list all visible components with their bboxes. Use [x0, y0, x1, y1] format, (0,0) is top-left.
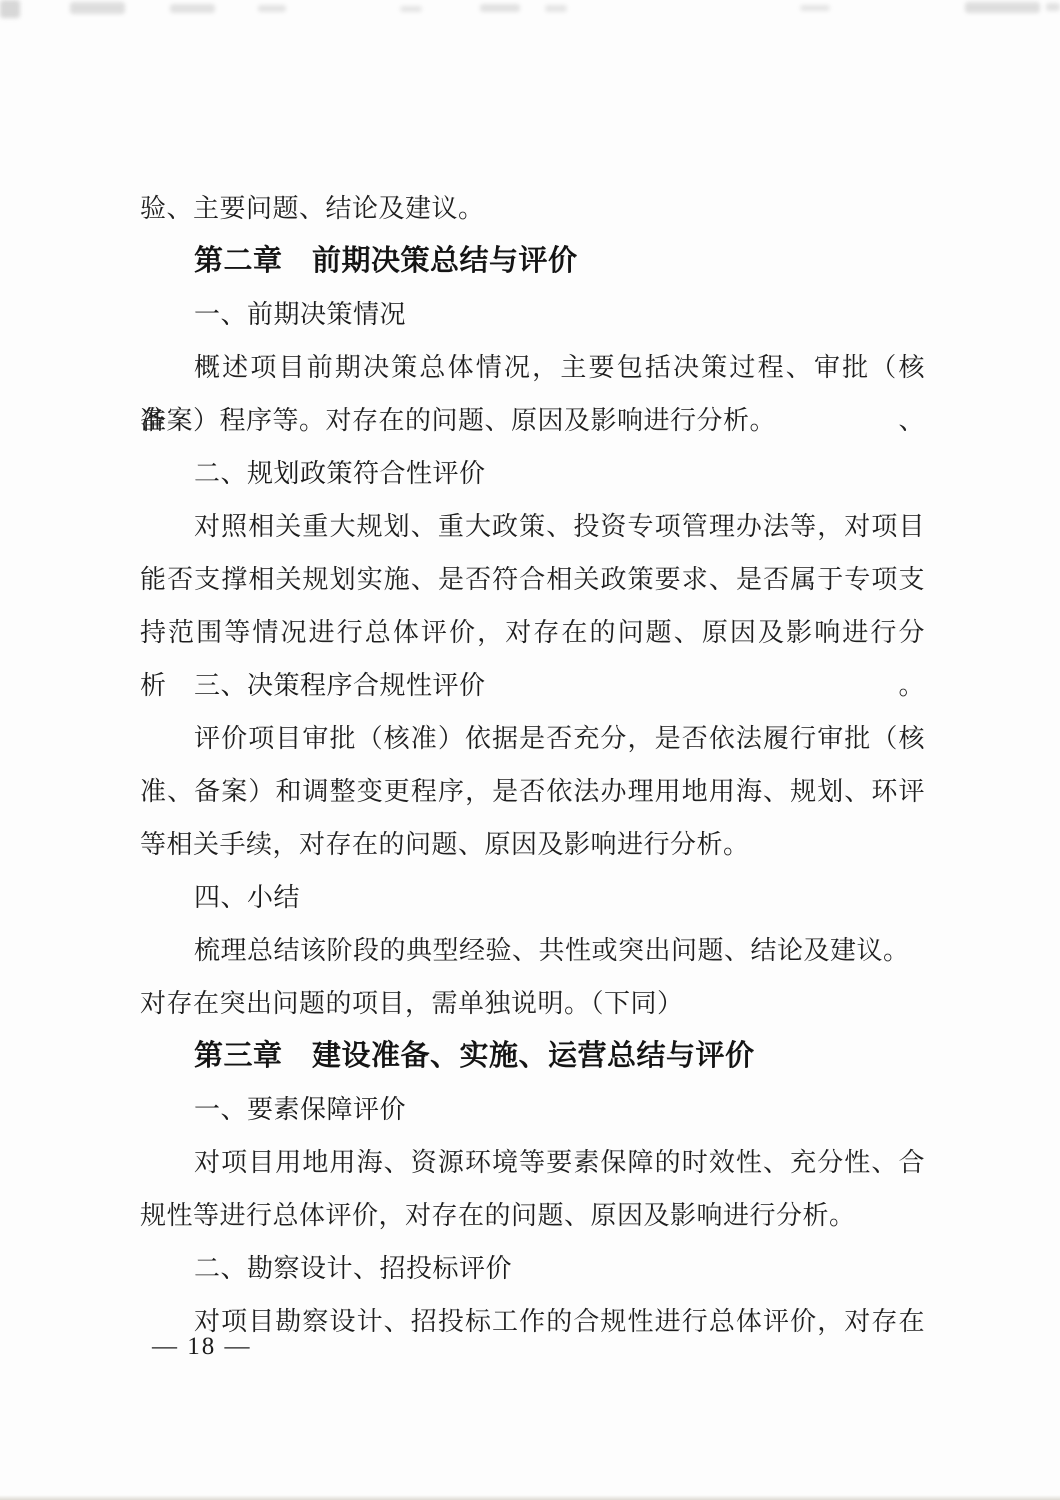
- section-heading: 二、规划政策符合性评价: [140, 447, 925, 500]
- body-text-line: 持范围等情况进行总体评价，对存在的问题、原因及影响进行分析。: [140, 606, 925, 659]
- scan-smudge: [0, 0, 20, 18]
- scan-smudge: [545, 5, 567, 12]
- scan-smudge: [480, 4, 520, 12]
- document-body: 验、主要问题、结论及建议。 第二章 前期决策总结与评价 一、前期决策情况 概述项…: [140, 182, 925, 1348]
- body-text-line: 能否支撑相关规划实施、是否符合相关政策要求、是否属于专项支: [140, 553, 925, 606]
- scan-smudge: [1046, 3, 1060, 11]
- body-text-line: 对照相关重大规划、重大政策、投资专项管理办法等，对项目: [140, 500, 925, 553]
- scan-smudge: [800, 5, 830, 11]
- page-number: — 18 —: [152, 1333, 252, 1361]
- chapter-heading: 第二章 前期决策总结与评价: [140, 235, 925, 288]
- body-text-line: 等相关手续，对存在的问题、原因及影响进行分析。: [140, 818, 925, 871]
- section-heading: 二、勘察设计、招投标评价: [140, 1242, 925, 1295]
- scan-bottom-edge: [0, 1495, 1060, 1500]
- body-text-line: 对项目勘察设计、招投标工作的合规性进行总体评价，对存在: [140, 1295, 925, 1348]
- scanned-document-page: 验、主要问题、结论及建议。 第二章 前期决策总结与评价 一、前期决策情况 概述项…: [0, 0, 1060, 1500]
- scan-smudge: [965, 2, 1040, 13]
- body-text-line: 概述项目前期决策总体情况，主要包括决策过程、审批（核准、: [140, 341, 925, 394]
- chapter-heading: 第三章 建设准备、实施、运营总结与评价: [140, 1030, 925, 1083]
- scan-smudge: [70, 2, 125, 14]
- section-heading: 一、要素保障评价: [140, 1083, 925, 1136]
- scan-smudge: [170, 4, 215, 13]
- body-text-line: 准、备案）和调整变更程序，是否依法办理用地用海、规划、环评: [140, 765, 925, 818]
- section-heading: 一、前期决策情况: [140, 288, 925, 341]
- scan-smudge: [258, 5, 286, 12]
- section-heading: 四、小结: [140, 871, 925, 924]
- body-text-line: 规性等进行总体评价，对存在的问题、原因及影响进行分析。: [140, 1189, 925, 1242]
- body-text-line: 梳理总结该阶段的典型经验、共性或突出问题、结论及建议。: [140, 924, 925, 977]
- body-text-line: 对项目用地用海、资源环境等要素保障的时效性、充分性、合: [140, 1136, 925, 1189]
- scan-smudge: [400, 6, 422, 12]
- body-text-line: 验、主要问题、结论及建议。: [140, 182, 925, 235]
- body-text-line: 对存在突出问题的项目，需单独说明。（下同）: [140, 977, 925, 1030]
- body-text-line: 评价项目审批（核准）依据是否充分，是否依法履行审批（核: [140, 712, 925, 765]
